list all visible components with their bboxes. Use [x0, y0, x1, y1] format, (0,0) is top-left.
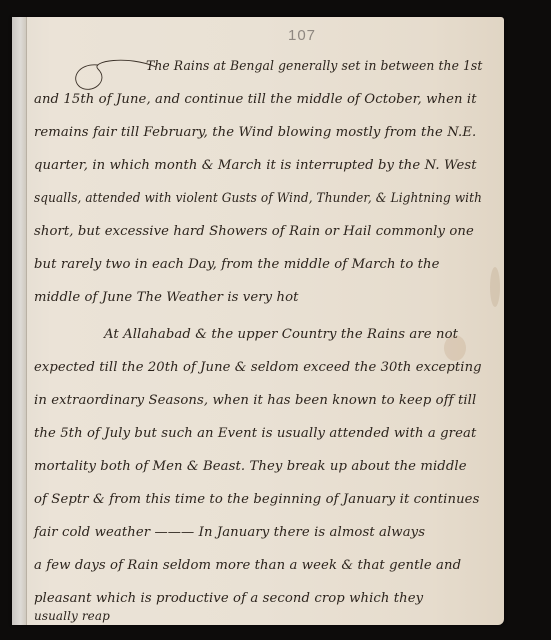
text-line: but rarely two in each Day, from the mid…: [34, 257, 440, 272]
text-line: remains fair till February, the Wind blo…: [34, 125, 476, 140]
text-line: of Septr & from this time to the beginni…: [34, 492, 479, 507]
text-line: and 15th of June, and continue till the …: [34, 92, 477, 107]
text-line: pleasant which is productive of a second…: [34, 591, 423, 606]
text-line: expected till the 20th of June & seldom …: [34, 360, 482, 375]
text-line: a few days of Rain seldom more than a we…: [34, 558, 461, 573]
binding-gutter: [12, 17, 27, 625]
text-line: fair cold weather ——— In January there i…: [34, 525, 425, 540]
text-line: usually reap: [34, 609, 110, 623]
text-line: The Rains at Bengal generally set in bet…: [146, 59, 482, 74]
text-line: squalls, attended with violent Gusts of …: [34, 191, 482, 206]
text-line: in extraordinary Seasons, when it has be…: [34, 393, 476, 408]
text-line: At Allahabad & the upper Country the Rai…: [104, 327, 458, 342]
opening-flourish-icon: [68, 57, 158, 97]
manuscript-page: 107 The Rains at Bengal generally set in…: [12, 17, 504, 625]
text-line: mortality both of Men & Beast. They brea…: [34, 459, 467, 474]
edge-stain: [490, 267, 500, 307]
text-line: the 5th of July but such an Event is usu…: [34, 426, 476, 441]
text-line: middle of June The Weather is very hot: [34, 290, 299, 305]
folio-number: 107: [288, 27, 316, 44]
text-line: short, but excessive hard Showers of Rai…: [34, 224, 474, 239]
text-line: quarter, in which month & March it is in…: [34, 158, 477, 173]
